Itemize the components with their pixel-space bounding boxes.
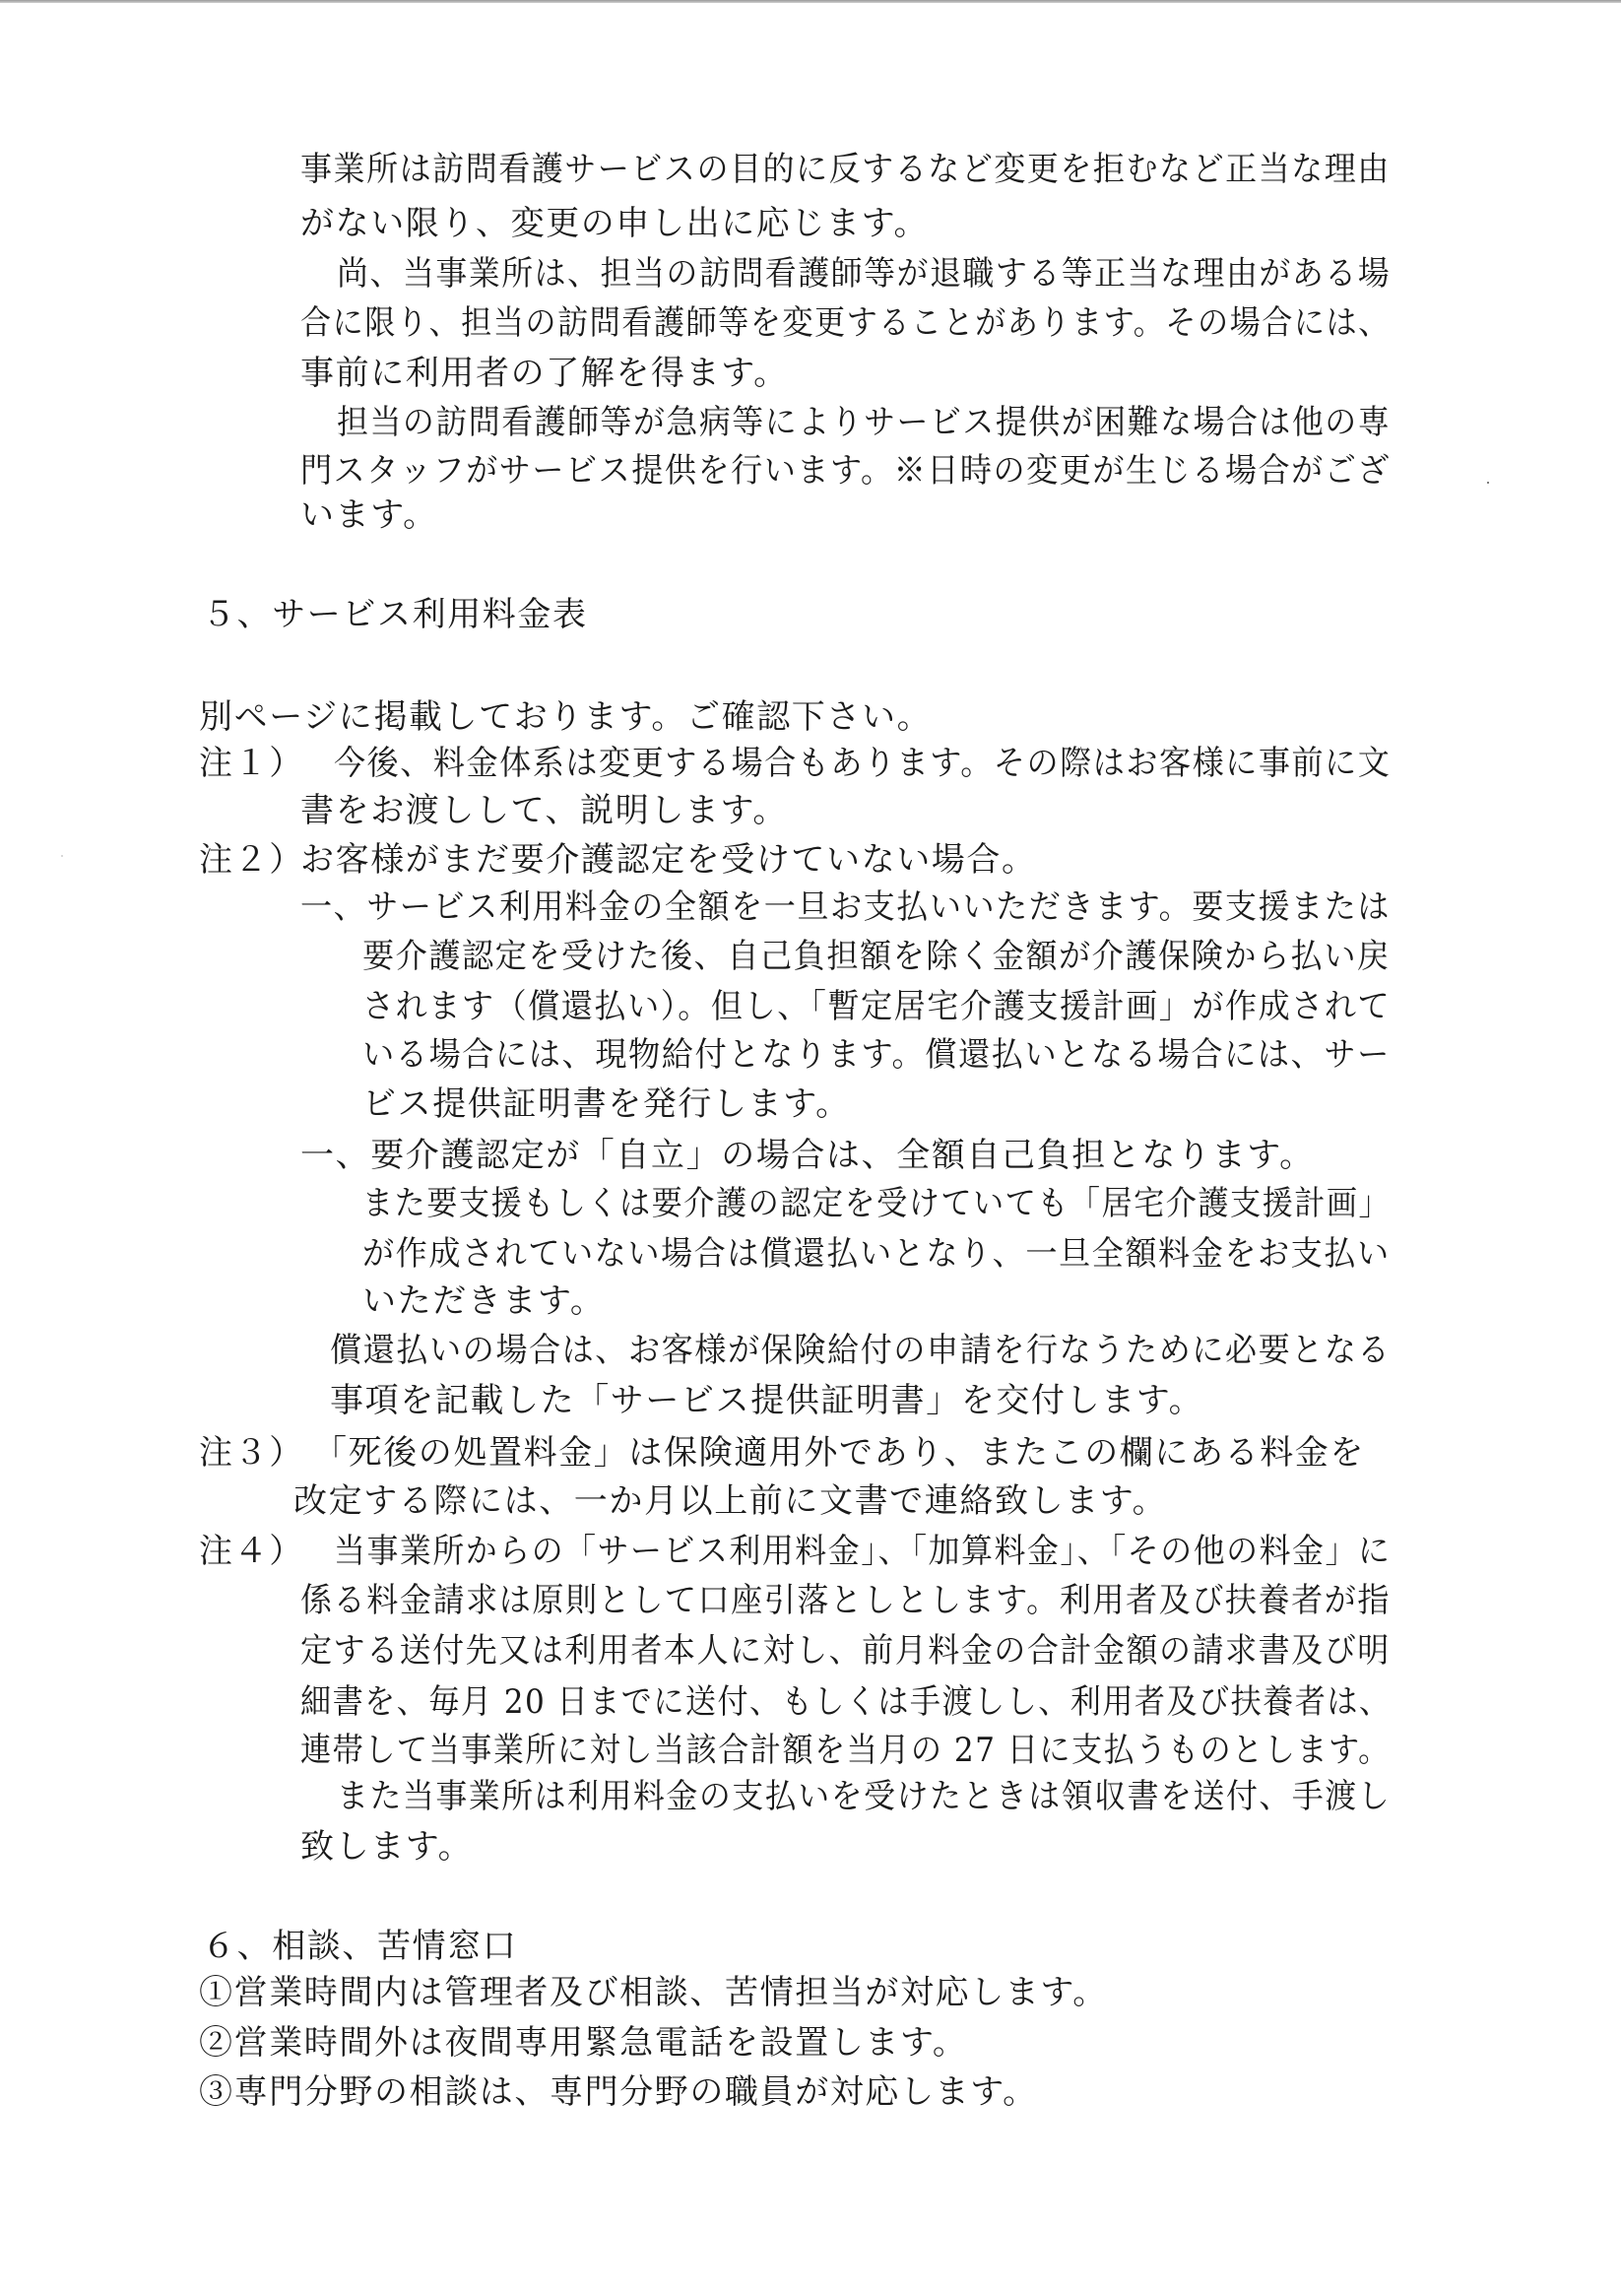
note3-line1: 「死後の処置料金」は保険適用外であり、またこの欄にある料金を <box>313 1433 1365 1473</box>
note2-item2-line4: いただきます。 <box>362 1281 605 1321</box>
note2-closing-line2: 事項を記載した「サービス提供証明書」を交付します。 <box>330 1381 1203 1420</box>
section-6-item-3: ③専門分野の相談は、専門分野の職員が対応します。 <box>199 2072 1038 2112</box>
note2-item2-line1: 一、要介護認定が「自立」の場合は、全額自己負担となります。 <box>300 1136 1315 1175</box>
note2-item1-line1: 一、サービス利用料金の全額を一旦お支払いいただきます。要支援または <box>300 887 1391 927</box>
note1-line2: 書をお渡しして、説明します。 <box>300 791 788 830</box>
note2-closing-line1: 償還払いの場合は、お客様が保険給付の申請を行なうために必要となる <box>330 1331 1391 1370</box>
note2-item2-line3: が作成されていない場合は償還払いとなり、一旦全額料金をお支払い <box>362 1234 1391 1274</box>
note1-line1: 今後、料金体系は変更する場合もあります。その際はお客様に事前に文 <box>334 744 1391 783</box>
section-6-item-2: ②営業時間外は夜間専用緊急電話を設置します。 <box>199 2023 967 2063</box>
note2-item1-line4: いる場合には、現物給付となります。償還払いとなる場合には、サー <box>362 1035 1391 1075</box>
scan-speck <box>1487 482 1489 484</box>
section-6-heading: ６、相談、苦情窓口 <box>202 1927 517 1966</box>
intro-p2-line2: 合に限り、担当の訪問看護師等を変更することがあります。その場合には、 <box>300 303 1391 343</box>
intro-p2-line1: 尚、当事業所は、担当の訪問看護師等が退職する等正当な理由がある場 <box>337 254 1391 294</box>
scan-speck <box>61 855 63 857</box>
intro-p1-line2: がない限り、変更の申し出に応じます。 <box>300 204 929 243</box>
note3-label: 注３） <box>199 1433 304 1473</box>
note4-line6: また当事業所は利用料金の支払いを受けたときは領収書を送付、手渡し <box>337 1777 1391 1816</box>
note3-line2: 改定する際には、一か月以上前に文書で連絡致します。 <box>293 1481 1167 1521</box>
note4-line7: 致します。 <box>300 1827 473 1867</box>
scan-top-edge <box>0 0 1621 3</box>
note2-label: 注２） <box>199 840 304 880</box>
intro-p3-line3: います。 <box>300 495 438 535</box>
note4-line1: 当事業所からの「サービス利用料金」、「加算料金」、「その他の料金」に <box>334 1532 1391 1571</box>
note1-label: 注１） <box>199 744 304 783</box>
intro-p2-line3: 事前に利用者の了解を得ます。 <box>300 354 789 393</box>
note2-item1-line5: ビス提供証明書を発行します。 <box>362 1084 851 1124</box>
note4-line4: 細書を、毎月 20 日までに送付、もしくは手渡しし、利用者及び扶養者は、 <box>300 1682 1391 1722</box>
intro-p1-line1: 事業所は訪問看護サービスの目的に反するなど変更を拒むなど正当な理由 <box>300 150 1391 189</box>
note2-item1-line2: 要介護認定を受けた後、自己負担額を除く金額が介護保険から払い戻 <box>362 937 1391 976</box>
intro-p3-line2: 門スタッフがサービス提供を行います。※日時の変更が生じる場合がござ <box>300 451 1391 491</box>
section-6-item-1: ①営業時間内は管理者及び相談、苦情担当が対応します。 <box>199 1973 1108 2012</box>
intro-p3-line1: 担当の訪問看護師等が急病等によりサービス提供が困難な場合は他の専 <box>337 403 1391 442</box>
note2-title: お客様がまだ要介護認定を受けていない場合。 <box>300 840 1037 880</box>
section-5-lead: 別ページに掲載しております。ご確認下さい。 <box>199 697 932 737</box>
note2-item1-line3: されます（償還払い）。但し、「暫定居宅介護支援計画」が作成されて <box>362 987 1391 1026</box>
note4-line2: 係る料金請求は原則として口座引落としとします。利用者及び扶養者が指 <box>300 1581 1391 1620</box>
note4-line5: 連帯して当事業所に対し当該合計額を当月の 27 日に支払うものとします。 <box>300 1731 1391 1770</box>
note4-label: 注４） <box>199 1532 304 1571</box>
section-5-heading: ５、サービス利用料金表 <box>202 595 588 634</box>
note4-line3: 定する送付先又は利用者本人に対し、前月料金の合計金額の請求書及び明 <box>300 1631 1391 1671</box>
note2-item2-line2: また要支援もしくは要介護の認定を受けていても「居宅介護支援計画」 <box>362 1184 1391 1223</box>
